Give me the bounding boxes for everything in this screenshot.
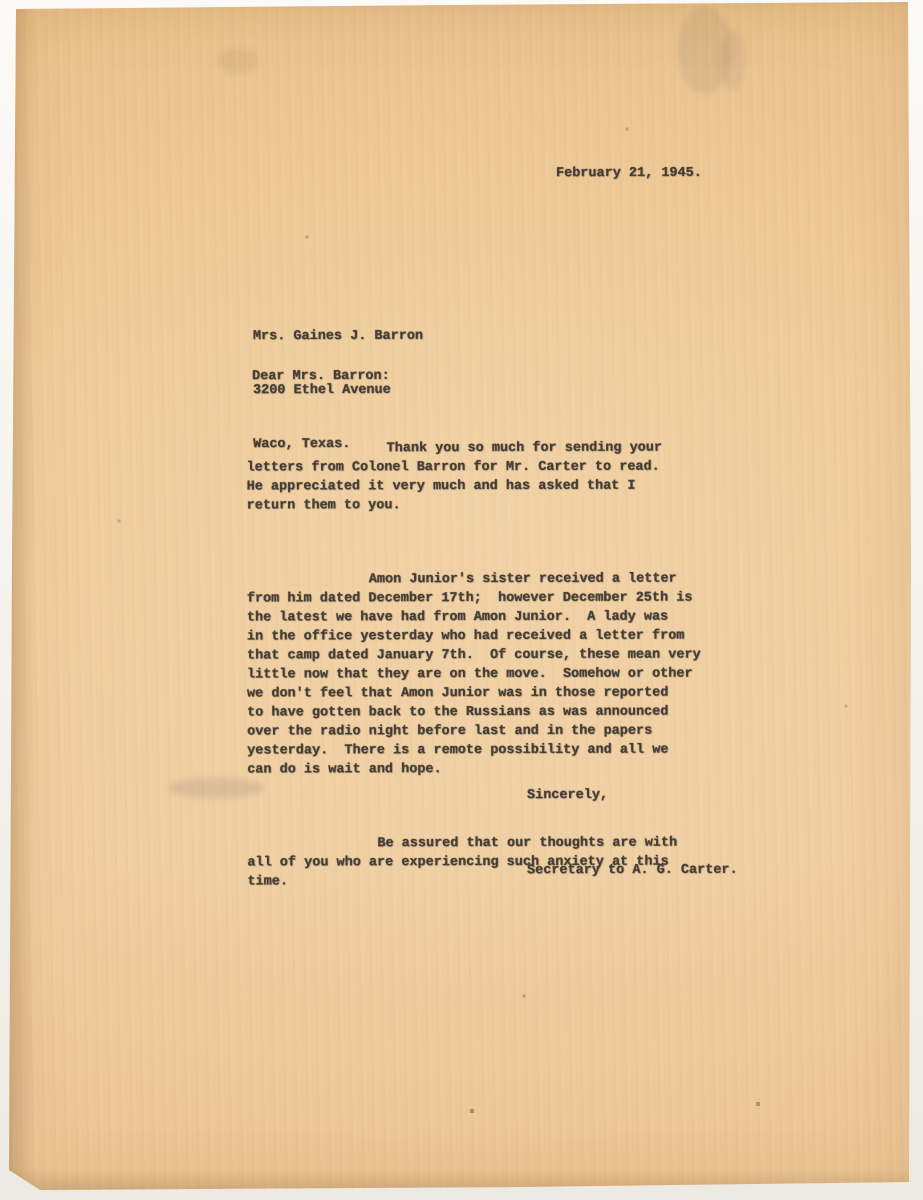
age-smudge bbox=[720, 30, 746, 90]
closing-salutation: Sincerely, bbox=[527, 786, 608, 805]
paper-left-edge-shadow bbox=[9, 0, 35, 1200]
paper-speckles bbox=[0, 0, 2, 2]
paragraph-1: Thank you so much for sending your lette… bbox=[247, 438, 727, 515]
scanned-letter-page: February 21, 1945. Mrs. Gaines J. Barron… bbox=[0, 0, 923, 1200]
signature-line: Secretary to A. G. Carter. bbox=[527, 861, 738, 880]
salutation: Dear Mrs. Barron: bbox=[252, 367, 390, 386]
letter-date: February 21, 1945. bbox=[556, 164, 702, 183]
age-smudge bbox=[218, 48, 258, 74]
age-smudge bbox=[678, 6, 732, 94]
recipient-name: Mrs. Gaines J. Barron bbox=[253, 328, 423, 346]
paper-sheet: February 21, 1945. Mrs. Gaines J. Barron… bbox=[0, 0, 923, 1200]
paper-bottom-edge-shadow bbox=[0, 1170, 923, 1192]
paragraph-2: Amon Junior's sister received a letter f… bbox=[247, 569, 727, 779]
